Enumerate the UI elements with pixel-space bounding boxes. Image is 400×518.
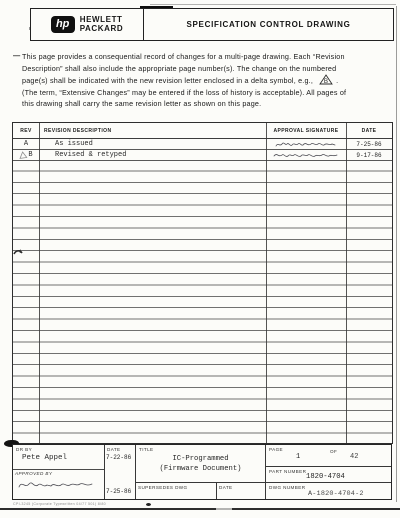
scan-pen-mark: 1 [13, 244, 27, 258]
column-header-rev: REV [13, 128, 39, 134]
column-header-description: REVISION DESCRIPTION [44, 128, 111, 134]
part-number-row: PART NUMBER 1820-4704 [266, 467, 391, 483]
notice-line-3: page(s) shall be indicated with the new … [22, 74, 395, 87]
hp-logo-icon: hp [51, 16, 75, 33]
revision-date: 9-17-86 [346, 152, 392, 159]
notice-paragraph: — This page provides a consequential rec… [13, 51, 395, 110]
table-row-revision-a: A As issued 7-25-86 [13, 139, 392, 150]
revision-letter: A [13, 140, 39, 148]
scan-edge-line-right [396, 6, 397, 502]
approved-date: 7-25-86 [106, 488, 131, 495]
part-number-label: PART NUMBER [269, 469, 306, 474]
title-block: DR BY Pete Appel APPROVED BY DATE 7-22-8… [12, 444, 392, 500]
notice-line-2: Description” shall also include the appr… [22, 63, 395, 75]
scan-edge-line-bottom [0, 508, 400, 510]
title-cell: TITLE IC-Programmed (Firmware Document) … [136, 445, 266, 499]
supersedes-dwg-label: SUPERSEDES DWG [138, 485, 188, 490]
page-total: 42 [350, 453, 358, 461]
column-header-date: DATE [346, 128, 392, 134]
scan-edge-line-top [150, 4, 396, 5]
delta-symbol-icon: B [319, 74, 333, 85]
brand-name: HEWLETT PACKARD [80, 16, 124, 33]
table-gridline [346, 123, 347, 443]
form-number-fine-print: CPI-3245 (Corporate Typewritten 04/77 50… [13, 502, 106, 506]
dwg-number-value: A-1820-4704-2 [308, 490, 364, 498]
form-header: hp HEWLETT PACKARD SPECIFICATION CONTROL… [30, 8, 394, 41]
column-header-signature: APPROVAL SIGNATURE [266, 128, 346, 134]
form-title: SPECIFICATION CONTROL DRAWING [144, 9, 393, 40]
cell-divider [13, 469, 104, 470]
svg-text:B: B [324, 78, 328, 85]
hand-drawn-delta-icon [19, 150, 28, 159]
page-of-row: PAGE OF 1 42 [266, 445, 391, 467]
pen-mark-number: 1 [19, 249, 22, 255]
dwg-number-label: DWG NUMBER [269, 485, 305, 490]
drawn-by-label: DR BY [16, 447, 32, 452]
numbers-cell: PAGE OF 1 42 PART NUMBER 1820-4704 DWG N… [266, 445, 391, 499]
notice-line-4: (The term, “Extensive Changes” may be en… [22, 87, 395, 99]
table-gridline [266, 123, 267, 443]
handwritten-signature-icon [266, 151, 346, 160]
date-cell: DATE 7-22-86 7-25-86 [105, 445, 136, 499]
revision-description: As issued [39, 140, 266, 148]
drawn-date: 7-22-86 [106, 454, 131, 461]
handwritten-signature-icon [266, 140, 346, 149]
revision-date: 7-25-86 [346, 141, 392, 148]
dwg-number-row: DWG NUMBER A-1820-4704-2 [266, 483, 391, 500]
supersedes-date-cell: DATE [217, 483, 265, 499]
scanned-specification-control-drawing: hp HEWLETT PACKARD SPECIFICATION CONTROL… [0, 0, 400, 518]
approved-by-label: APPROVED BY [15, 471, 52, 476]
supersedes-row: SUPERSEDES DWG DATE [136, 482, 265, 499]
supersedes-dwg-cell: SUPERSEDES DWG [136, 483, 217, 499]
scan-dot [146, 503, 151, 506]
revision-description: Revised & retyped [39, 151, 266, 159]
drawn-approved-cell: DR BY Pete Appel APPROVED BY [13, 445, 105, 499]
title-label: TITLE [139, 447, 154, 452]
empty-revision-rows [13, 160, 392, 443]
of-label: OF [330, 449, 337, 454]
notice-line-5: this drawing shall carry the same revisi… [22, 98, 395, 110]
notice-bullet: — [13, 50, 20, 62]
hp-brand-block: hp HEWLETT PACKARD [31, 9, 144, 40]
revision-table: REV REVISION DESCRIPTION APPROVAL SIGNAT… [12, 122, 393, 444]
handwritten-signature-icon [17, 478, 95, 497]
table-gridline [39, 123, 40, 443]
document-title-line1: IC-Programmed [136, 455, 265, 463]
revision-letter: B [13, 151, 39, 159]
supersedes-date-label: DATE [219, 485, 233, 490]
part-number-value: 1820-4704 [306, 473, 345, 481]
notice-line-1: This page provides a consequential recor… [22, 51, 395, 63]
revision-table-header: REV REVISION DESCRIPTION APPROVAL SIGNAT… [13, 123, 392, 139]
date-label: DATE [107, 447, 121, 452]
drawn-by-name: Pete Appel [22, 454, 67, 462]
brand-name-line2: PACKARD [80, 25, 124, 34]
document-title-line2: (Firmware Document) [136, 465, 265, 473]
page-label: PAGE [269, 447, 283, 452]
page-number: 1 [296, 453, 300, 461]
